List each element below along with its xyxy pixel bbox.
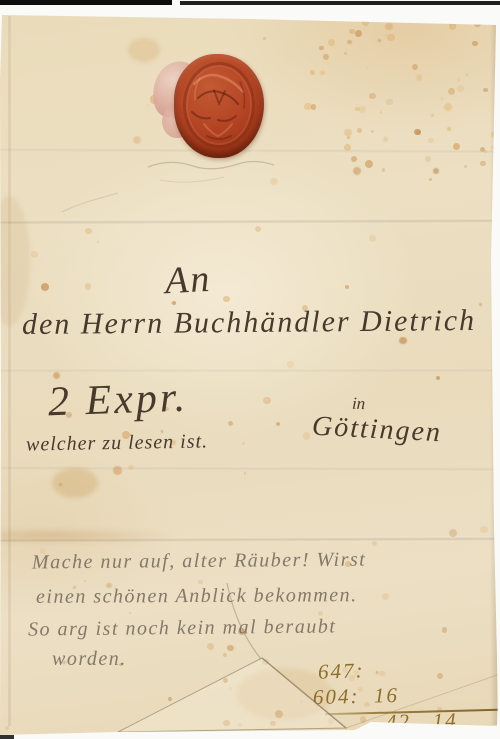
foxing-spot <box>416 74 423 81</box>
foxing-spot <box>480 526 488 534</box>
foxing-spot <box>223 296 230 303</box>
foxing-spot <box>97 241 99 243</box>
foxing-spot <box>223 720 230 727</box>
foxing-spot <box>457 78 460 81</box>
foxing-spot <box>431 114 434 117</box>
foxing-spot <box>344 52 347 55</box>
foxing-spot <box>207 643 214 650</box>
foxing-spot <box>371 130 375 134</box>
address-line-recipient: den Herrn Buchhändler Dietrich <box>22 304 476 342</box>
foxing-spot <box>412 64 418 70</box>
foxing-spot <box>382 168 386 172</box>
crease-stain <box>0 528 170 544</box>
foxing-spot <box>287 361 294 368</box>
pencil-note-line-3: So arg ist noch kein mal beraubt <box>28 615 337 641</box>
foxing-spot <box>429 178 433 182</box>
paper-stain <box>0 196 30 326</box>
foxing-spot <box>425 156 431 162</box>
foxing-spot <box>491 131 498 138</box>
foxing-spot <box>328 39 335 46</box>
fold-crease <box>0 368 500 373</box>
foxing-spot <box>369 235 376 242</box>
foxing-spot <box>483 88 487 92</box>
foxing-spot <box>244 472 247 475</box>
foxing-spot <box>449 725 453 729</box>
foxing-spot <box>242 442 245 445</box>
foxing-spot <box>355 30 362 37</box>
foxing-spot <box>238 723 242 727</box>
pencil-note-line-4: worden. <box>52 648 127 671</box>
foxing-spot <box>447 127 451 131</box>
foxing-spot <box>372 541 377 546</box>
letter-paper: An den Herrn Buchhändler Dietrich 2 Expr… <box>0 0 500 739</box>
postal-mark-line-2: 604: 16 <box>313 683 400 710</box>
foxing-spot <box>345 285 349 289</box>
foxing-spot <box>255 226 261 232</box>
foxing-spot <box>319 46 324 51</box>
foxing-spot <box>385 23 392 30</box>
foxing-spot <box>448 88 455 95</box>
foxing-spot <box>449 22 457 30</box>
foxing-spot <box>428 138 434 144</box>
foxing-spot <box>433 168 439 174</box>
foxing-spot <box>472 41 478 47</box>
foxing-spot <box>379 16 385 22</box>
foxing-spot <box>479 303 482 306</box>
foxing-spot <box>320 71 325 76</box>
paper-edge-shadow <box>490 22 497 725</box>
foxing-spot <box>147 104 150 107</box>
foxing-spot <box>223 678 228 683</box>
foxing-spot <box>347 40 352 45</box>
foxing-spot <box>382 593 389 600</box>
foxing-spot <box>349 29 355 35</box>
foxing-spot <box>436 376 440 380</box>
foxing-spot <box>357 128 362 133</box>
foxing-spot <box>270 721 276 727</box>
pencil-note-line-2: einen schönen Anblick bekommen. <box>36 584 358 609</box>
foxing-spot <box>365 160 373 168</box>
foxing-spot <box>416 130 422 136</box>
paper-edge-crease <box>8 16 11 726</box>
foxing-spot <box>351 156 358 163</box>
foxing-spot <box>379 671 385 677</box>
foxing-spot <box>85 283 92 290</box>
foxing-spot <box>85 228 92 235</box>
foxing-spot <box>310 70 315 75</box>
foxing-spot <box>466 74 468 76</box>
foxing-spot <box>480 18 484 22</box>
foxing-spot <box>328 718 334 724</box>
foxing-spot <box>128 465 134 471</box>
foxing-spot <box>263 397 270 404</box>
foxing-spot <box>359 106 365 112</box>
foxing-spot <box>480 147 485 152</box>
foxing-spot <box>347 136 350 139</box>
wax-seal <box>166 50 270 164</box>
foxing-spot <box>303 432 311 440</box>
address-copies-note: 2 Expr. <box>47 374 189 427</box>
foxing-spot <box>31 251 38 258</box>
foxing-spot <box>380 111 382 113</box>
foxing-spot <box>387 34 395 42</box>
foxing-spot <box>133 136 141 144</box>
foxing-spot <box>369 93 376 100</box>
foxing-spot <box>229 687 232 690</box>
foxing-spot <box>362 19 369 26</box>
foxing-spot <box>323 54 329 60</box>
foxing-spot <box>227 645 234 652</box>
foxing-spot <box>84 580 86 582</box>
foxing-spot <box>41 283 49 291</box>
foxing-spot <box>441 98 443 100</box>
foxing-spot <box>442 627 448 633</box>
address-line-an: An <box>164 257 212 303</box>
foxing-spot <box>113 466 121 474</box>
foxing-spot <box>378 39 381 42</box>
foxing-spot <box>5 726 9 730</box>
foxing-spot <box>376 671 379 674</box>
foxing-spot <box>263 37 266 40</box>
fold-crease <box>0 218 500 225</box>
wax-seal-body <box>174 54 264 158</box>
foxing-spot <box>276 422 280 426</box>
postal-mark-line-1: 647: <box>318 658 365 685</box>
foxing-spot <box>449 529 457 537</box>
scanner-edge <box>180 1 500 5</box>
foxing-spot <box>360 716 366 722</box>
foxing-spot <box>457 85 464 92</box>
address-destination-city: Göttingen <box>311 411 442 450</box>
foxing-spot <box>464 165 467 168</box>
foxing-spot <box>366 66 369 69</box>
foxing-spot <box>437 673 443 679</box>
foxing-spot <box>270 178 278 186</box>
address-sub-note: welcher zu lesen ist. <box>26 430 208 456</box>
pencil-note-line-1: Mache nur auf, alter Räuber! Wirst <box>32 549 367 575</box>
address-destination-prefix: in <box>352 394 366 414</box>
foxing-spot <box>353 167 361 175</box>
foxing-spot <box>444 103 452 111</box>
foxing-spot <box>480 161 486 167</box>
foxing-spot <box>383 137 388 142</box>
foxing-spot <box>262 659 269 666</box>
foxing-spot <box>491 146 494 149</box>
foxing-spot <box>275 710 283 718</box>
foxing-spot <box>168 697 172 701</box>
paper-stain <box>128 38 160 62</box>
foxing-spot <box>474 21 480 27</box>
foxing-spot <box>386 99 393 106</box>
foxing-spot <box>129 612 131 614</box>
seal-rim <box>183 62 255 148</box>
scanner-edge <box>0 735 14 739</box>
foxing-spot <box>223 653 227 657</box>
foxing-spot <box>198 580 202 584</box>
foxing-spot <box>311 104 317 110</box>
foxing-spot <box>228 421 233 426</box>
scanner-edge <box>0 0 172 5</box>
